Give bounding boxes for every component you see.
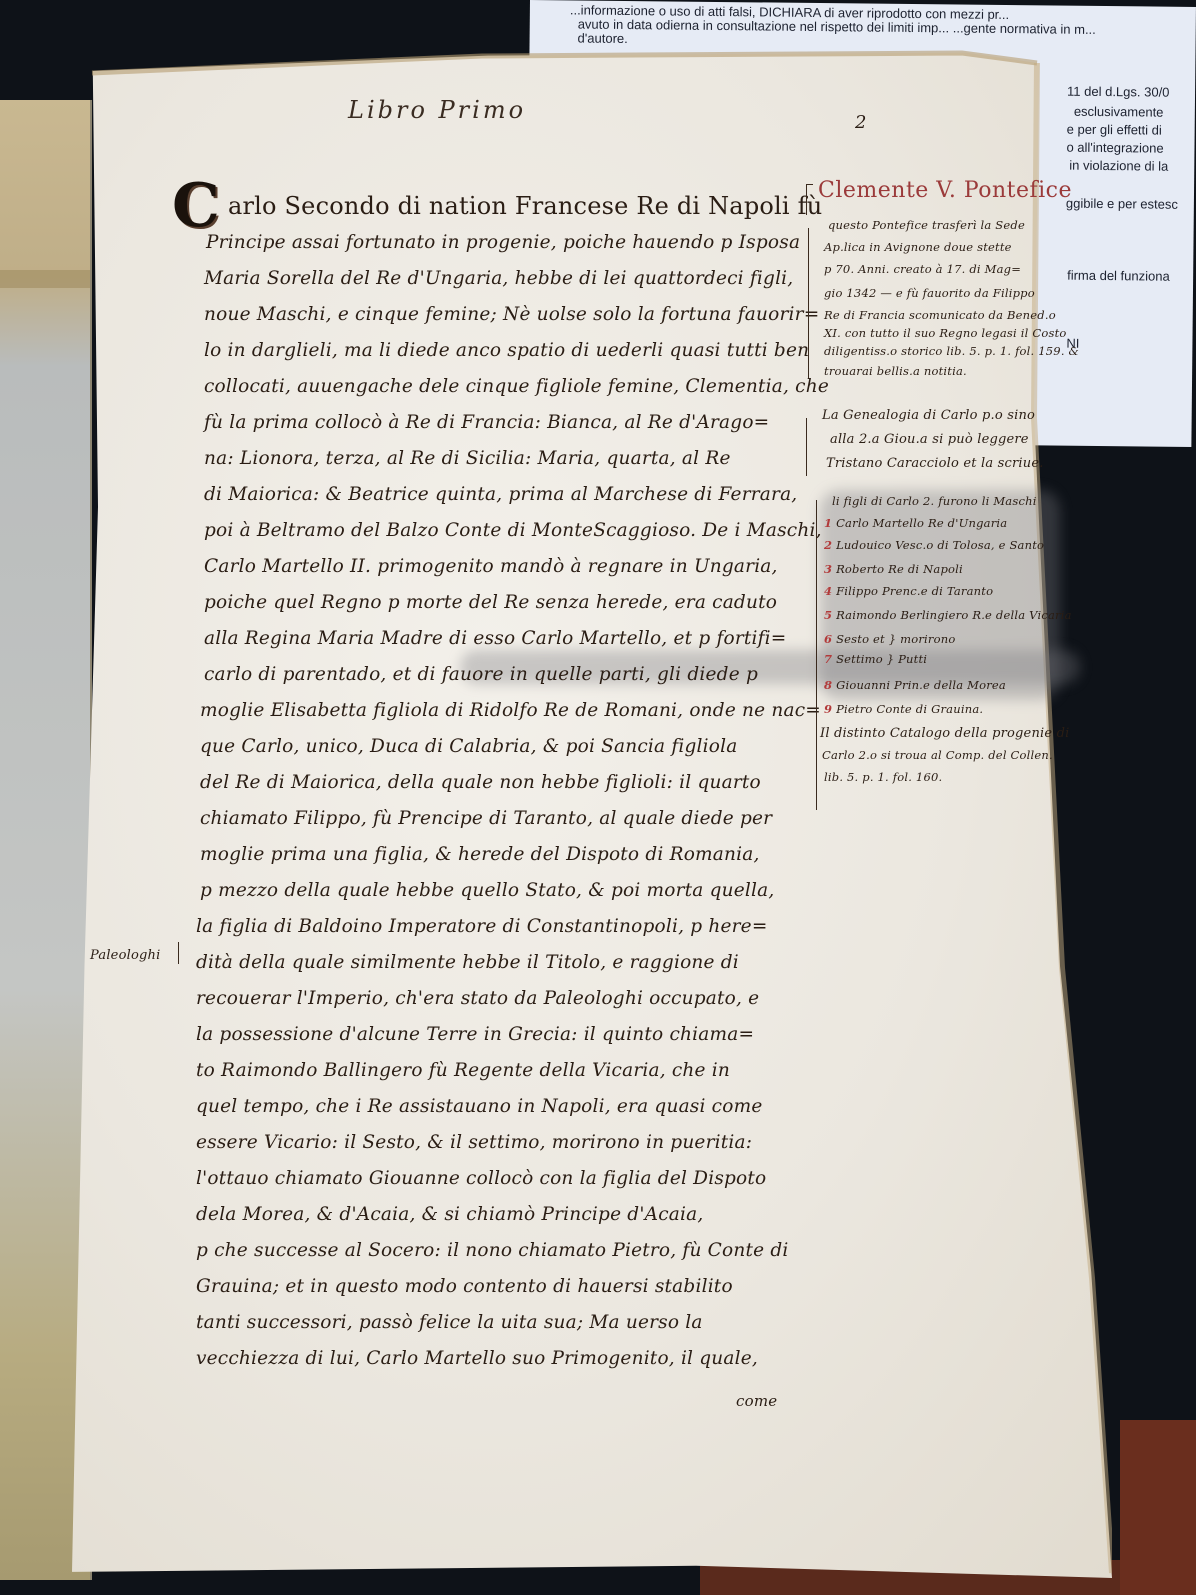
notice-line: e per gli effetti di xyxy=(1067,122,1162,138)
margin-bracket xyxy=(816,500,817,810)
text-line: di Maiorica: & Beatrice quinta, prima al… xyxy=(204,484,797,505)
margin-note-line: alla 2.a Giou.a si può leggere xyxy=(830,432,1029,447)
margin-note-line: questo Pontefice trasferì la Sede xyxy=(828,218,1025,232)
text-line: del Re di Maiorica, della quale non hebb… xyxy=(200,772,761,793)
child-list-item: 2 Ludouico Vesc.o di Tolosa, e Santo xyxy=(824,538,1044,552)
text-line: poiche quel Regno p morte del Re senza h… xyxy=(204,592,777,613)
text-line: Principe assai fortunato in progenie, po… xyxy=(206,232,800,253)
text-line: Carlo Martello II. primogenito mandò à r… xyxy=(204,556,778,577)
child-name: Pietro Conte di Grauina. xyxy=(836,702,983,716)
text-line: moglie Elisabetta figliola di Ridolfo Re… xyxy=(200,700,821,721)
margin-note-line: p 70. Anni. creato à 17. di Mag= xyxy=(824,262,1021,276)
text-line: to Raimondo Ballingero fù Regente della … xyxy=(196,1060,730,1081)
child-number: 3 xyxy=(824,562,832,576)
text-line: la figlia di Baldoino Imperatore di Cons… xyxy=(196,916,768,937)
text-line: p mezzo della quale hebbe quello Stato, … xyxy=(200,880,774,901)
margin-note-line: li figli di Carlo 2. furono li Maschi xyxy=(832,494,1037,508)
notice-line: ggibile e per estesc xyxy=(1066,196,1178,212)
notice-line: in violazione di la xyxy=(1069,158,1168,174)
child-name: Carlo Martello Re d'Ungaria xyxy=(836,516,1007,530)
child-list-item: 7 Settimo } Putti xyxy=(824,652,927,666)
margin-note-line: trouarai bellis.a notitia. xyxy=(824,364,967,378)
text-line: lo in darglieli, ma li diede anco spatio… xyxy=(204,340,809,361)
child-name: Giouanni Prin.e della Morea xyxy=(836,678,1006,692)
child-list-item: 5 Raimondo Berlingiero R.e della Vicaria xyxy=(824,608,1072,622)
child-name: Sesto et } morirono xyxy=(836,632,955,646)
text-line: carlo di parentado, et di fauore in quel… xyxy=(204,664,758,685)
text-line: essere Vicario: il Sesto, & il settimo, … xyxy=(196,1132,752,1153)
notice-line: esclusivamente xyxy=(1074,104,1164,120)
text-line: alla Regina Maria Madre di esso Carlo Ma… xyxy=(204,628,786,649)
margin-bracket xyxy=(806,418,807,476)
margin-bracket xyxy=(806,184,813,215)
text-line: Maria Sorella del Re d'Ungaria, hebbe di… xyxy=(204,268,793,289)
page-number: 2 xyxy=(855,112,867,133)
margin-note-line: lib. 5. p. 1. fol. 160. xyxy=(824,770,942,784)
text-line: collocati, auuengache dele cinque figlio… xyxy=(204,376,829,397)
text-line: dità della quale similmente hebbe il Tit… xyxy=(196,952,739,973)
book-band xyxy=(0,270,90,288)
margin-note-line: gio 1342 — e fù fauorito da Filippo xyxy=(824,286,1035,300)
text-line: recouerar l'Imperio, ch'era stato da Pal… xyxy=(196,988,759,1009)
child-list-item: 9 Pietro Conte di Grauina. xyxy=(824,702,983,716)
text-line: tanti successori, passò felice la uita s… xyxy=(196,1312,703,1333)
child-number: 1 xyxy=(824,516,832,530)
child-name: Ludouico Vesc.o di Tolosa, e Santo xyxy=(836,538,1044,552)
margin-note-line: XI. con tutto il suo Regno legasi il Cos… xyxy=(824,326,1067,340)
child-number: 5 xyxy=(824,608,832,622)
child-number: 8 xyxy=(824,678,832,692)
margin-note-line: Carlo 2.o si troua al Comp. del Collen. xyxy=(822,748,1053,762)
margin-bracket xyxy=(808,228,809,378)
child-number: 2 xyxy=(824,538,832,552)
child-name: Settimo } Putti xyxy=(836,652,927,666)
child-list-item: 8 Giouanni Prin.e della Morea xyxy=(824,678,1006,692)
text-line: Grauina; et in questo modo contento di h… xyxy=(196,1276,733,1297)
notice-line: d'autore. xyxy=(578,31,628,47)
first-text-line: arlo Secondo di nation Francese Re di Na… xyxy=(228,192,822,220)
text-line: na: Lionora, terza, al Re di Sicilia: Ma… xyxy=(204,448,731,469)
child-name: Raimondo Berlingiero R.e della Vicaria xyxy=(836,608,1072,622)
decorated-initial: C xyxy=(172,176,220,236)
text-line: que Carlo, unico, Duca di Calabria, & po… xyxy=(200,736,737,757)
child-list-item: 4 Filippo Prenc.e di Taranto xyxy=(824,584,993,598)
margin-note-line: Ap.lica in Avignone doue stette xyxy=(824,240,1012,254)
text-line: quel tempo, che i Re assistauano in Napo… xyxy=(196,1096,762,1117)
margin-note-line: Tristano Caracciolo et la scriue. xyxy=(826,456,1044,471)
notice-line: 11 del d.Lgs. 30/0 xyxy=(1067,84,1170,100)
child-list-item: 3 Roberto Re di Napoli xyxy=(824,562,963,576)
notice-line: o all'integrazione xyxy=(1066,140,1163,156)
notice-line: avuto in data odierna in consultazione n… xyxy=(578,17,1096,37)
text-line: moglie prima una figlia, & herede del Di… xyxy=(200,844,760,865)
margin-note-line: Il distinto Catalogo della progenie di xyxy=(820,726,1069,741)
left-margin-note: Paleologhi xyxy=(90,948,160,963)
margin-note-line: La Genealogia di Carlo p.o sino xyxy=(822,408,1035,423)
text-line: dela Morea, & d'Acaia, & si chiamò Princ… xyxy=(196,1204,703,1225)
margin-bracket xyxy=(178,942,179,964)
child-name: Roberto Re di Napoli xyxy=(836,562,963,576)
child-number: 6 xyxy=(824,632,832,646)
desk-surface-right xyxy=(1120,1420,1196,1595)
margin-note-title: Clemente V. Pontefice xyxy=(818,178,1072,203)
child-list-item: 6 Sesto et } morirono xyxy=(824,632,955,646)
text-line: p che successe al Socero: il nono chiama… xyxy=(196,1240,788,1261)
notice-line: firma del funziona xyxy=(1067,268,1170,284)
margin-note-line: diligentiss.o storico lib. 5. p. 1. fol.… xyxy=(824,344,1079,358)
text-line: chiamato Filippo, fù Prencipe di Taranto… xyxy=(200,808,772,829)
text-line: l'ottauo chiamato Giouanne collocò con l… xyxy=(196,1168,766,1189)
page-header: Libro Primo xyxy=(348,96,526,124)
text-line: noue Maschi, e cinque femine; Nè uolse s… xyxy=(204,304,819,325)
text-line: fù la prima collocò à Re di Francia: Bia… xyxy=(204,412,769,433)
child-number: 7 xyxy=(824,652,832,666)
margin-note-line: Re di Francia scomunicato da Bened.o xyxy=(824,308,1056,322)
child-name: Filippo Prenc.e di Taranto xyxy=(836,584,993,598)
child-number: 9 xyxy=(824,702,832,716)
child-number: 4 xyxy=(824,584,832,598)
text-line: vecchiezza di lui, Carlo Martello suo Pr… xyxy=(196,1348,758,1369)
text-line: poi à Beltramo del Balzo Conte di MonteS… xyxy=(204,520,822,541)
catchword: come xyxy=(736,1392,777,1410)
child-list-item: 1 Carlo Martello Re d'Ungaria xyxy=(824,516,1007,530)
text-line: la possessione d'alcune Terre in Grecia:… xyxy=(196,1024,754,1045)
